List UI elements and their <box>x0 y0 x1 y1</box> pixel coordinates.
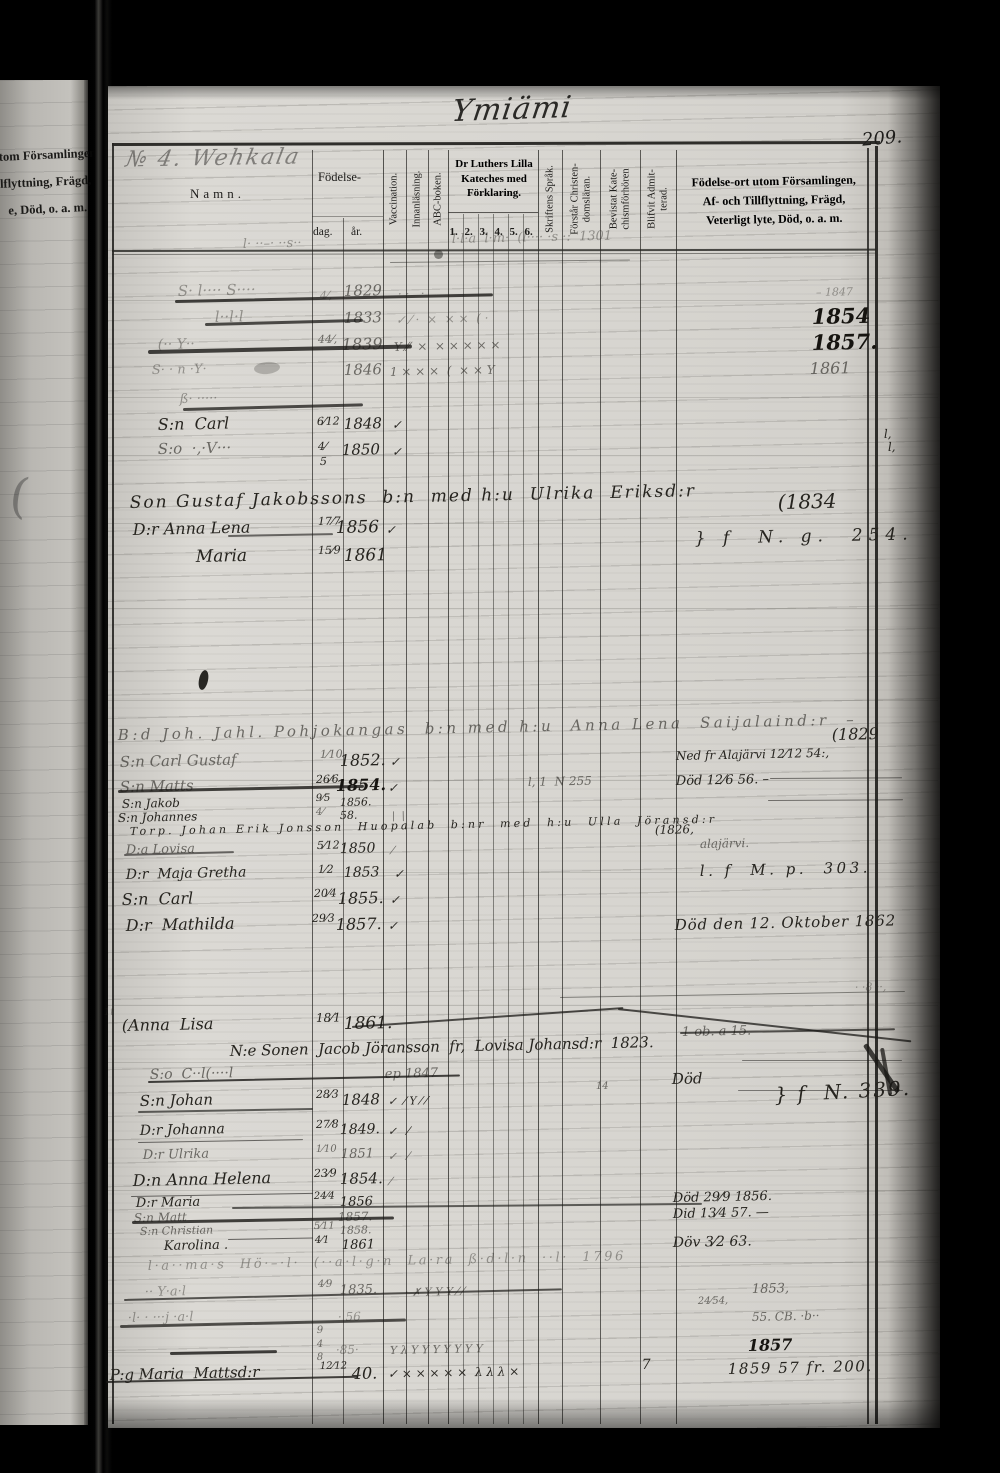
handwriting-entry: 1857. <box>812 331 878 353</box>
scan-streak <box>108 455 938 456</box>
handwriting-entry: ⁄ <box>390 1176 392 1187</box>
handwriting-entry: ß· ····· <box>180 392 218 406</box>
handwriting-entry: ✓ <box>394 868 404 880</box>
handwriting-entry: 7 <box>642 1358 651 1372</box>
handwriting-entry: 1851 <box>341 1147 374 1161</box>
scan-streak <box>108 700 938 701</box>
facing-page-header-fragment: tom Församlingen,lflyttning, Frägd,e, Dö… <box>0 140 88 225</box>
handwriting-entry: 9⁄5 <box>316 794 331 804</box>
column-header-fodelse: Födelse- <box>318 170 361 185</box>
handwriting-entry: – 1847 <box>816 286 853 298</box>
handwriting-entry: 1853, <box>752 1282 789 1296</box>
handwriting-entry: 15⁄9 <box>318 545 341 556</box>
col-innanlasning: Innanläsning. <box>411 171 423 228</box>
handwriting-entry: } f N. g. 254. <box>695 526 914 548</box>
handwriting-entry: 1 × × × ( × × Y <box>390 364 495 378</box>
table-rule-vertical <box>640 150 641 1424</box>
col-bevistat-katechismforhoren: Bevistat Kate-chismförhören <box>609 168 632 229</box>
handwriting-entry: Döv 3⁄2 63. <box>673 1234 752 1250</box>
handwriting-entry: S:n Johannes <box>118 810 198 824</box>
handwriting-entry: l· ··–· ··s·· <box>243 237 302 251</box>
scan-streak <box>108 1062 938 1063</box>
handwriting-entry: Y λ Y Y Y Y Y Y Y <box>390 1343 483 1356</box>
handwriting-entry: 24⁄54, <box>698 1296 729 1307</box>
handwritten-section-title: № 4. Wehkala <box>124 144 303 172</box>
table-rule-horizontal <box>312 216 383 217</box>
scan-streak <box>108 1190 938 1191</box>
handwriting-entry: ✓ × × × × × λ λ λ × <box>388 1365 520 1380</box>
handwriting-entry: Död 12⁄6 56. – <box>676 773 769 788</box>
handwriting-entry: 1850 <box>342 442 380 458</box>
handwriting-entry: (1826, <box>655 823 694 836</box>
handwriting-entry: 9 <box>317 1326 324 1336</box>
handwriting-entry: D:r Mathilda <box>126 916 235 934</box>
vertical-header-line: Innanläsning. <box>411 171 423 228</box>
table-rule-horizontal <box>448 212 538 213</box>
handwriting-entry: 1859 57 fr. 200. <box>728 1359 873 1377</box>
handwriting-entry: 55. CB. ·b·· <box>752 1310 820 1323</box>
scan-streak <box>108 397 938 398</box>
vertical-header-line: terad. <box>658 169 670 229</box>
handwriting-entry: 24⁄4 <box>314 1192 335 1202</box>
handwriting-entry: S:n Johan <box>140 1092 213 1109</box>
handwriting-entry: 4⁄1 <box>315 1236 330 1246</box>
handwriting-entry: D:r Maja Gretha <box>126 865 247 882</box>
vertical-header-line: Förstår Christen- <box>570 163 582 234</box>
handwriting-entry: ✓ <box>392 419 402 431</box>
handwriting-entry: 1853 <box>344 865 380 880</box>
scan-shadow-right <box>888 0 1000 1473</box>
handwriting-entry: 1854 <box>812 305 871 327</box>
handwriting-entry: D:r Johanna <box>140 1122 225 1138</box>
column-header-kateches: Dr Luthers LillaKateches medFörklaring. <box>450 157 538 201</box>
handwriting-entry: l, 1 N 255 <box>528 775 592 788</box>
handwriting-entry: 1⁄2 <box>318 864 334 875</box>
scan-streak <box>108 780 938 781</box>
handwriting-entry: 4⁄ <box>318 441 327 452</box>
handwriting-entry: Ned fr Alajärvi 12⁄12 54:, <box>676 747 829 762</box>
handwriting-entry: 27⁄8 <box>316 1119 339 1130</box>
col-vaccination: Vaccination. <box>388 173 400 225</box>
vertical-header-line: ABC-boken. <box>432 172 444 225</box>
col-forstar-christendomslaran: Förstår Christen-domsläran. <box>570 163 593 234</box>
handwriting-entry: l·l·a l·m· (l···· ·s ·: 1301 <box>452 230 613 246</box>
handwriting-entry: 1857 <box>748 1337 793 1354</box>
scanned-ledger-page: tom Församlingen,lflyttning, Frägd,e, Dö… <box>0 0 1000 1473</box>
handwriting-entry: S:n Carl <box>158 416 230 433</box>
handwriting-entry: Did 13⁄4 57. — <box>673 1206 769 1221</box>
notes-title-line: Veterligt lyte, Död, o. a. m. <box>682 208 866 230</box>
handwriting-entry: 23⁄9 <box>314 1168 337 1179</box>
handwriting-entry: 14 <box>596 1082 609 1092</box>
handwriting-entry: 1850 <box>340 841 376 856</box>
handwriting-entry: 1848 <box>342 1092 380 1108</box>
handwriting-entry: 1856. <box>340 796 372 808</box>
handwriting-entry: ✓ <box>388 920 398 932</box>
handwriting-entry: 20⁄4 <box>314 888 337 899</box>
handwriting-entry: 28⁄3 <box>316 1089 339 1100</box>
col-abc-boken: ABC-boken. <box>432 172 444 225</box>
handwriting-entry: 4 <box>317 1340 324 1350</box>
handwriting-entry: 18⁄1 <box>316 1011 341 1024</box>
handwriting-entry: 1848 <box>344 416 382 432</box>
handwriting-entry: (1834 <box>778 491 837 512</box>
handwriting-entry: 6⁄12 <box>317 416 340 427</box>
handwriting-entry: 1833 <box>344 310 382 326</box>
handwriting-entry: alajärvi. <box>700 837 749 850</box>
handwriting-entry: 1856 <box>336 519 380 537</box>
handwriting-entry: D:n Anna Helena <box>133 1170 272 1189</box>
scan-shadow-bottom <box>108 1398 940 1428</box>
column-header-dag: dag. <box>313 226 332 238</box>
handwriting-entry: 1852. <box>340 752 386 769</box>
column-header-namn: Namn. <box>190 186 245 202</box>
handwriting-entry: ✓ ⁄ <box>388 1151 410 1162</box>
handwriting-entry: (Anna Lisa <box>122 1016 214 1034</box>
table-rule-vertical <box>600 150 601 1424</box>
handwriting-entry: ✓ <box>388 782 398 794</box>
handwriting-entry: S:n Christian <box>140 1224 214 1237</box>
handwriting-entry: 40. <box>352 1365 378 1382</box>
handwriting-entry: 1857. <box>336 916 382 933</box>
handwriting-entry: ✓ <box>392 446 402 458</box>
handwriting-entry: S:n Matts <box>120 778 194 795</box>
kateches-title-line: Kateches med <box>450 172 538 187</box>
handwriting-entry: l. f M. p. 303. <box>700 860 871 879</box>
handwriting-entry: ✓ <box>390 756 400 768</box>
handwriting-entry: 1854. <box>340 1171 383 1187</box>
vertical-header-line: Vaccination. <box>388 173 400 225</box>
handwriting-entry: 5⁄12 <box>317 840 340 851</box>
handwriting-entry: S:n Carl Gustaf <box>120 753 237 770</box>
handwriting-entry: ✓ <box>386 524 396 536</box>
handwriting-entry: 1849. <box>340 1122 380 1137</box>
vertical-header-line: Bevistat Kate- <box>609 168 621 229</box>
handwriting-entry: 1858. <box>340 1224 372 1236</box>
vertical-header-line: Skriftens Språk. <box>544 165 556 233</box>
handwriting-entry: 1861 <box>342 1238 375 1252</box>
handwriting-entry: 4⁄ <box>316 808 324 818</box>
column-header-ar: år. <box>351 226 362 238</box>
scan-shadow-top <box>108 86 940 100</box>
handwriting-entry: ⁄ <box>392 845 394 856</box>
col-skriftens-sprak: Skriftens Språk. <box>544 165 556 233</box>
handwriting-entry: Maria <box>196 548 248 566</box>
table-rule-vertical <box>112 143 114 1424</box>
facing-text-line: tom Församlingen, <box>0 140 85 171</box>
handwriting-entry: ✓ ⁄ <box>388 1126 410 1137</box>
handwriting-entry: S· · n ·Y· <box>152 363 207 377</box>
handwriting-entry: 44⁄, <box>318 334 338 345</box>
handwriting-entry: 1861 <box>810 360 851 377</box>
handwriting-entry: D:r Maria <box>136 1196 201 1210</box>
handwriting-entry: 1846 <box>344 362 382 378</box>
handwriting-entry: 1t <box>104 1008 115 1018</box>
handwriting-entry: ep 1847 <box>385 1067 438 1081</box>
handwriting-entry: (1829 <box>832 726 879 743</box>
handwriting-entry: 1⁄10 <box>316 1145 337 1155</box>
kateches-title-line: Dr Luthers Lilla <box>450 157 538 172</box>
column-header-notes: Födelse-ort utom Församlingen,Af- och Ti… <box>682 170 867 230</box>
handwriting-entry: 5 <box>320 456 327 467</box>
handwriting-entry: 5⁄11 <box>314 1222 335 1232</box>
handwriting-entry: Död <box>672 1071 703 1087</box>
facing-text-line: e, Död, o. a. m. <box>1 194 88 225</box>
facing-text-line: lflyttning, Frägd, <box>0 167 87 198</box>
handwriting-entry: ✓ ⁄ · × × × ( · <box>396 312 489 326</box>
handwriting-entry: ✓ <box>390 894 400 906</box>
handwriting-entry: 1855. <box>338 890 384 907</box>
kateches-title-line: Förklaring. <box>450 186 538 201</box>
handwriting-entry: Karolina . <box>164 1239 228 1253</box>
ink-blob <box>434 250 443 259</box>
col-blifvit-admitterad: Blifvit Admit-terad. <box>647 169 670 229</box>
handwriting-entry: S:o ·,·V··· <box>158 440 232 457</box>
handwriting-entry: S· l···· S···· <box>178 282 256 299</box>
handwriting-entry: 4⁄9 <box>318 1280 333 1290</box>
handwriting-entry: S:n Carl <box>122 891 194 908</box>
scan-streak <box>108 1005 938 1006</box>
vertical-header-line: chismförhören <box>620 168 632 229</box>
vertical-header-line: domsläran. <box>581 163 593 234</box>
handwritten-brace: ( <box>6 467 33 525</box>
handwriting-entry: 12⁄12 <box>320 1361 347 1372</box>
scan-streak <box>108 608 938 609</box>
handwriting-entry: ✓ ⁄ Y ⁄ ⁄ <box>388 1095 428 1107</box>
handwriting-entry: 29⁄3 <box>312 913 335 924</box>
handwriting-entry: Död den 12. Oktober 1862 <box>675 913 896 933</box>
handwriting-entry: ·85· <box>336 1344 359 1356</box>
facing-page-edge: tom Församlingen,lflyttning, Frägd,e, Dö… <box>0 80 88 1425</box>
vertical-header-line: Blifvit Admit- <box>647 169 659 229</box>
handwriting-entry: D:r Ulrika <box>143 1148 210 1162</box>
handwriting-entry: S:n Jakob <box>122 797 180 810</box>
handwriting-entry: 1861 <box>344 547 388 565</box>
